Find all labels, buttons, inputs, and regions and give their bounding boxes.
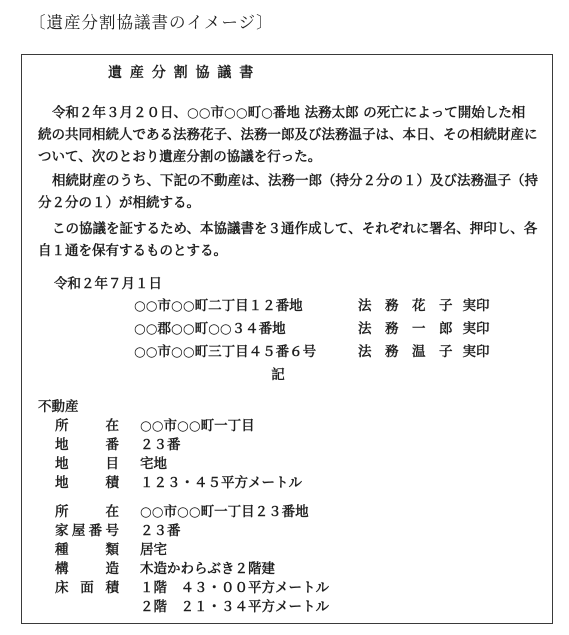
signature-name: 法 務 温 子	[358, 341, 453, 364]
property-label: 地 目	[55, 455, 119, 474]
paragraph-attestation: この協議を証するため、本協議書を３通作成して、それぞれに署名、押印し、各 自１通…	[38, 218, 536, 262]
paragraph-line: ついて、次のとおり遺産分割の協議を行った。	[38, 146, 536, 168]
property-row: 構 造 木造かわらぶき２階建	[55, 560, 536, 579]
building-description: 所 在 ○○市○○町一丁目２３番地 家屋番号 ２３番 種 類 居宅 構 造 木造…	[38, 503, 536, 617]
property-row: 所 在 ○○市○○町一丁目２３番地	[55, 503, 536, 522]
property-value: ２階 ２１・３４平方メートル	[140, 598, 329, 617]
property-row: 地 番 ２３番	[55, 436, 536, 455]
signature-address: ○○市○○町二丁目１２番地	[134, 295, 358, 318]
property-label: 家屋番号	[55, 522, 119, 541]
property-value: ２３番	[140, 436, 181, 455]
property-row: 床 面 積 １階 ４３・００平方メートル	[55, 579, 536, 598]
paragraph-opening: 令和２年３月２０日、○○市○○町○番地 法務太郎 の死亡によって開始した相 続の…	[38, 102, 536, 168]
signature-row: ○○市○○町二丁目１２番地 法 務 花 子 実印	[134, 295, 536, 318]
property-value: ○○市○○町一丁目２３番地	[140, 503, 309, 522]
property-label: 構 造	[55, 560, 119, 579]
property-value: 木造かわらぶき２階建	[140, 560, 275, 579]
paragraph-line: 自１通を保有するものとする。	[38, 240, 536, 262]
ki-marker: 記	[38, 364, 536, 386]
property-value: ２３番	[140, 522, 181, 541]
property-label: 所 在	[55, 417, 119, 436]
paragraph-line: 令和２年３月２０日、○○市○○町○番地 法務太郎 の死亡によって開始した相	[38, 102, 536, 124]
property-label: 地 番	[55, 436, 119, 455]
property-label: 地 積	[55, 474, 119, 493]
property-value: 居宅	[140, 541, 167, 560]
signature-name: 法 務 花 子	[358, 295, 453, 318]
signature-seal: 実印	[463, 341, 490, 364]
signature-address: ○○郡○○町○○３４番地	[134, 318, 358, 341]
land-description: 所 在 ○○市○○町一丁目 地 番 ２３番 地 目 宅地 地 積 １２３・４５平…	[38, 417, 536, 493]
paragraph-line: 相続財産のうち、下記の不動産は、法務一郎（持分２分の１）及び法務温子（持	[38, 170, 536, 192]
page: 〔遺産分割協議書のイメージ〕 遺 産 分 割 協 議 書 令和２年３月２０日、○…	[0, 0, 569, 635]
property-value: 宅地	[140, 455, 167, 474]
signature-row: ○○市○○町三丁目４５番６号 法 務 温 子 実印	[134, 341, 536, 364]
property-label: 所 在	[55, 503, 119, 522]
property-label: 種 類	[55, 541, 119, 560]
property-label	[55, 598, 119, 617]
signature-name: 法 務 一 郎	[358, 318, 453, 341]
property-row: 種 類 居宅	[55, 541, 536, 560]
property-value: ○○市○○町一丁目	[140, 417, 255, 436]
property-row: 地 積 １２３・４５平方メートル	[55, 474, 536, 493]
paragraph-division: 相続財産のうち、下記の不動産は、法務一郎（持分２分の１）及び法務温子（持 分２分…	[38, 170, 536, 214]
signature-seal: 実印	[463, 295, 490, 318]
property-row: 家屋番号 ２３番	[55, 522, 536, 541]
page-title: 〔遺産分割協議書のイメージ〕	[29, 9, 274, 33]
property-value: １２３・４５平方メートル	[140, 474, 302, 493]
property-row: ２階 ２１・３４平方メートル	[55, 598, 536, 617]
paragraph-line: 分２分の１）が相続する。	[38, 192, 536, 214]
paragraph-line: 続の共同相続人である法務花子、法務一郎及び法務温子は、本日、その相続財産に	[38, 124, 536, 146]
signature-seal: 実印	[463, 318, 490, 341]
signature-block: ○○市○○町二丁目１２番地 法 務 花 子 実印 ○○郡○○町○○３４番地 法 …	[38, 295, 536, 364]
property-row: 所 在 ○○市○○町一丁目	[55, 417, 536, 436]
property-value: １階 ４３・００平方メートル	[140, 579, 329, 598]
paragraph-line: この協議を証するため、本協議書を３通作成して、それぞれに署名、押印し、各	[38, 218, 536, 240]
signature-address: ○○市○○町三丁目４５番６号	[134, 341, 358, 364]
document-box: 遺 産 分 割 協 議 書 令和２年３月２０日、○○市○○町○番地 法務太郎 の…	[21, 54, 553, 624]
date-line: 令和２年７月１日	[38, 273, 536, 295]
property-section-heading: 不動産	[38, 398, 536, 417]
property-label: 床 面 積	[55, 579, 119, 598]
property-row: 地 目 宅地	[55, 455, 536, 474]
document-title: 遺 産 分 割 協 議 書	[108, 66, 536, 81]
signature-row: ○○郡○○町○○３４番地 法 務 一 郎 実印	[134, 318, 536, 341]
